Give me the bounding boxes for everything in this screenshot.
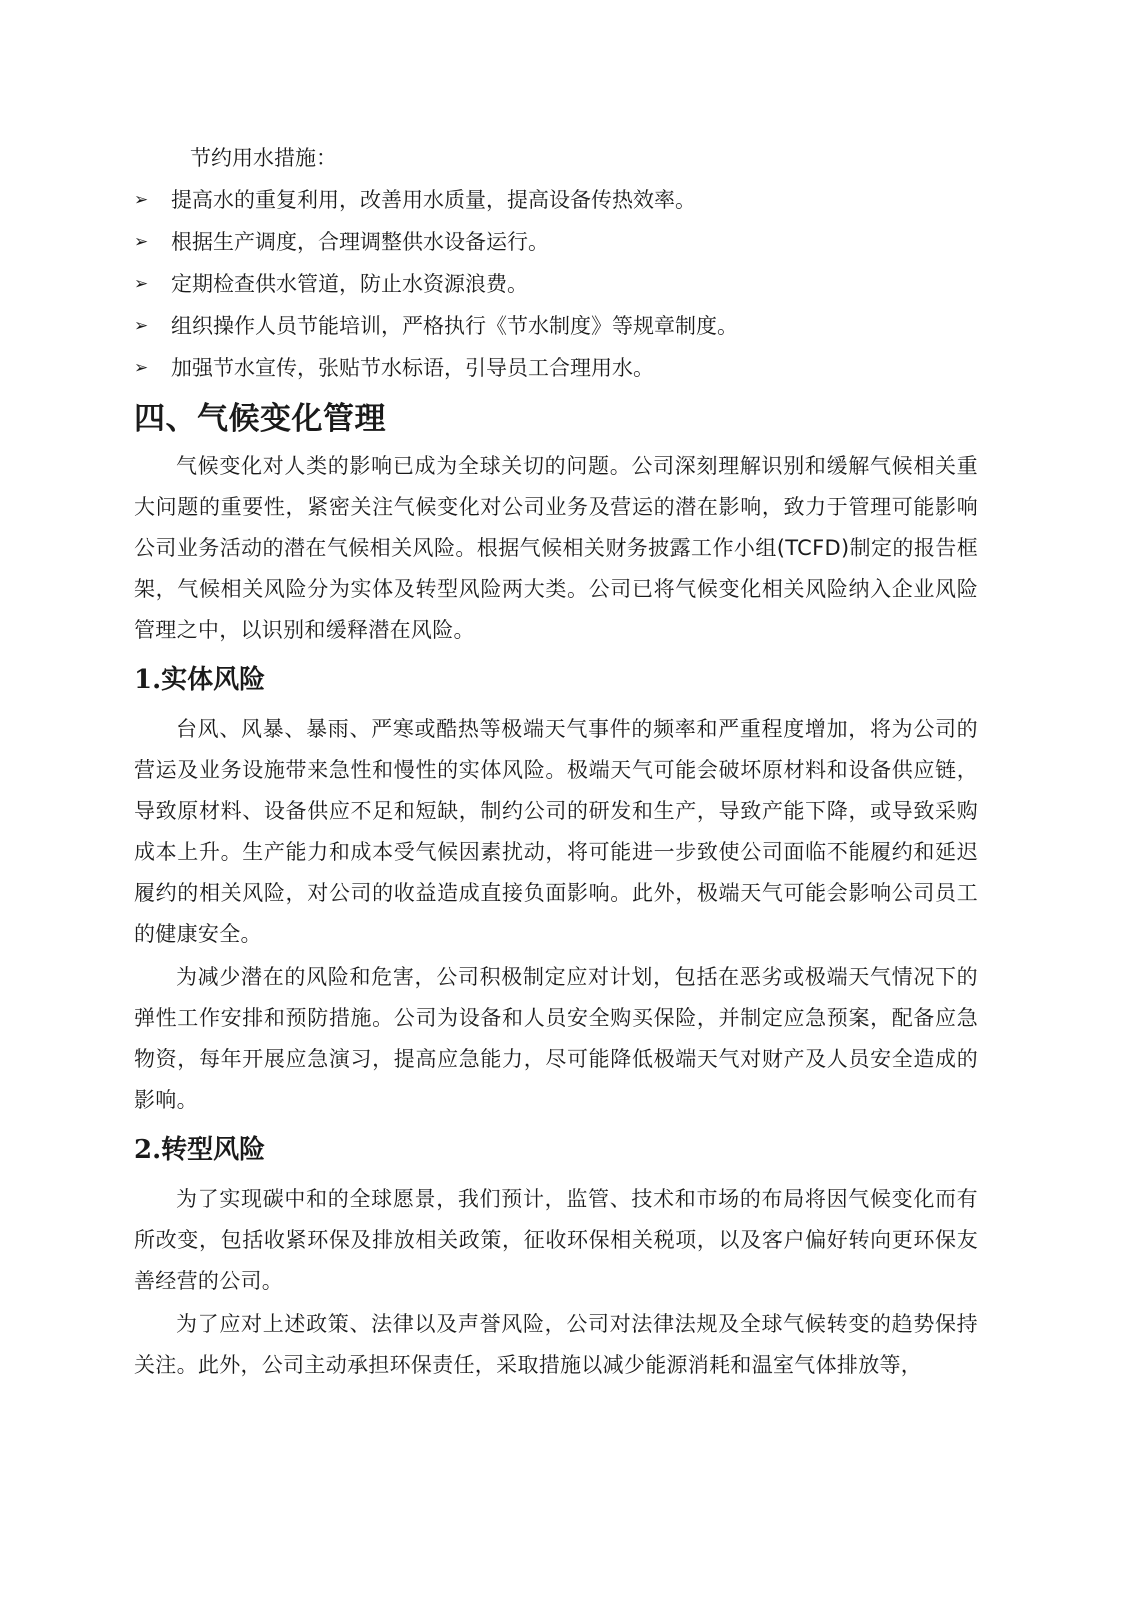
subsection-number: 2. bbox=[134, 1135, 161, 1165]
arrow-bullet-icon: ➢ bbox=[134, 308, 171, 344]
water-saving-lead: 节约用水措施： bbox=[134, 140, 978, 176]
subsection-title-transition-risk: 2.转型风险 bbox=[134, 1127, 978, 1173]
list-item: ➢ 定期检查供水管道，防止水资源浪费。 bbox=[134, 266, 978, 302]
transition-risk-paragraph: 为了应对上述政策、法律以及声誉风险，公司对法律法规及全球气候转变的趋势保持关注。… bbox=[134, 1304, 978, 1386]
list-item-text: 组织操作人员节能培训，严格执行《节水制度》等规章制度。 bbox=[171, 308, 738, 344]
subsection-label: 实体风险 bbox=[161, 665, 265, 695]
list-item-text: 提高水的重复利用，改善用水质量，提高设备传热效率。 bbox=[171, 182, 696, 218]
list-item: ➢ 根据生产调度，合理调整供水设备运行。 bbox=[134, 224, 978, 260]
arrow-bullet-icon: ➢ bbox=[134, 350, 171, 386]
physical-risk-paragraph: 为减少潜在的风险和危害，公司积极制定应对计划，包括在恶劣或极端天气情况下的弹性工… bbox=[134, 957, 978, 1121]
list-item-text: 定期检查供水管道，防止水资源浪费。 bbox=[171, 266, 528, 302]
list-item-text: 根据生产调度，合理调整供水设备运行。 bbox=[171, 224, 549, 260]
list-item: ➢ 加强节水宣传，张贴节水标语，引导员工合理用水。 bbox=[134, 350, 978, 386]
list-item-text: 加强节水宣传，张贴节水标语，引导员工合理用水。 bbox=[171, 350, 654, 386]
list-item: ➢ 提高水的重复利用，改善用水质量，提高设备传热效率。 bbox=[134, 182, 978, 218]
arrow-bullet-icon: ➢ bbox=[134, 266, 171, 302]
subsection-label: 转型风险 bbox=[161, 1135, 265, 1165]
subsection-number: 1. bbox=[134, 665, 161, 695]
document-page: 节约用水措施： ➢ 提高水的重复利用，改善用水质量，提高设备传热效率。 ➢ 根据… bbox=[134, 140, 978, 1388]
climate-intro-paragraph: 气候变化对人类的影响已成为全球关切的问题。公司深刻理解识别和缓解气候相关重大问题… bbox=[134, 446, 978, 651]
list-item: ➢ 组织操作人员节能培训，严格执行《节水制度》等规章制度。 bbox=[134, 308, 978, 344]
arrow-bullet-icon: ➢ bbox=[134, 224, 171, 260]
arrow-bullet-icon: ➢ bbox=[134, 182, 171, 218]
transition-risk-paragraph: 为了实现碳中和的全球愿景，我们预计，监管、技术和市场的布局将因气候变化而有所改变… bbox=[134, 1179, 978, 1302]
physical-risk-paragraph: 台风、风暴、暴雨、严寒或酷热等极端天气事件的频率和严重程度增加，将为公司的营运及… bbox=[134, 709, 978, 955]
water-saving-list: ➢ 提高水的重复利用，改善用水质量，提高设备传热效率。 ➢ 根据生产调度，合理调… bbox=[134, 182, 978, 386]
subsection-title-physical-risk: 1.实体风险 bbox=[134, 657, 978, 703]
section-title-climate: 四、气候变化管理 bbox=[134, 392, 978, 446]
